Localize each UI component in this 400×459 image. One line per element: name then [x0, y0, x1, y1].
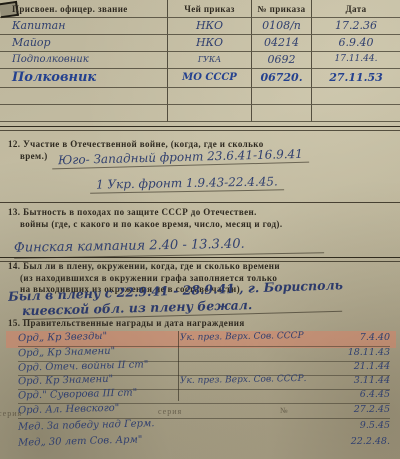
rank-row: Капитан НКО 0108/п 17.2.36	[0, 18, 400, 35]
award-name: Орд. Ал. Невского"	[18, 403, 120, 417]
rank-row: Майор НКО 04214 6.9.40	[0, 35, 400, 52]
rank-cell-rank: Майор	[0, 35, 168, 52]
rank-cell-order-by: ГУКА	[168, 52, 252, 69]
award-name: Мед. За победу над Герм.	[18, 418, 155, 433]
award-row: Орд. Ал. Невского" серия серия № 27.2.45	[8, 404, 394, 419]
rank-cell-order-by: НКО	[168, 35, 252, 52]
award-date: 6.4.45	[360, 389, 390, 400]
rank-row: Подполковник ГУКА 0692 17.11.44.	[0, 52, 400, 69]
award-date: 21.1.44	[354, 361, 390, 372]
rank-cell-order-no: 04214	[252, 35, 312, 52]
award-date: 18.11.43	[348, 347, 390, 358]
empty-cell	[0, 105, 168, 122]
section-14-text: Был ли в плену, окружении, когда, где и …	[23, 261, 280, 271]
section-15-text: Правительственные награды и дата награжд…	[23, 318, 245, 328]
rank-row: Полковник МО СССР 06720. 27.11.53	[0, 69, 400, 88]
rank-table: Присвоен. офицер. звание Чей приказ № пр…	[0, 0, 400, 122]
empty-cell	[252, 88, 312, 105]
award-row: Мед„ 30 лет Сов. Арм" 22.2.48.	[8, 436, 394, 451]
award-row: Орд„ Кр Знамени" 18.11.43	[8, 347, 394, 362]
section-15-number: 15.	[8, 318, 20, 328]
empty-cell	[0, 88, 168, 105]
rank-cell-order-no: 06720.	[252, 69, 312, 88]
section-13-number: 13.	[8, 207, 20, 217]
rank-cell-date: 17.11.44.	[312, 52, 400, 69]
number-label: №	[280, 406, 289, 415]
award-row: Орд. Отеч. войны II ст" 21.1.44	[8, 361, 394, 376]
empty-cell	[312, 88, 400, 105]
award-row: Мед. За победу над Герм. 9.5.45	[8, 420, 394, 435]
empty-cell	[168, 105, 252, 122]
section-13-text: Бытность в походах по защите СССР до Оте…	[23, 207, 257, 217]
award-name: Орд. Кр Знамени"	[18, 374, 113, 387]
award-name: Орд. Отеч. войны II ст"	[18, 359, 149, 373]
award-name: Орд„ Кр Знамени"	[18, 346, 115, 360]
section-12-text2: врем.)	[8, 151, 48, 161]
rank-cell-rank: Капитан	[0, 18, 168, 35]
rank-cell-order-by: НКО	[168, 18, 252, 35]
award-name: Орд„ Кр Звезды"	[18, 331, 107, 344]
empty-cell	[168, 88, 252, 105]
section-15-printed: 15. Правительственные награды и дата наг…	[8, 318, 392, 328]
award-row: Орд. Кр Знамени" Ук. през. Верх. Сов. СС…	[8, 375, 394, 390]
rank-table-header: Присвоен. офицер. звание Чей приказ № пр…	[0, 0, 400, 18]
col-header-order-no: № приказа	[252, 0, 312, 18]
section-13-printed: 13. Бытность в походах по защите СССР до…	[8, 206, 392, 230]
rank-cell-date: 17.2.36	[312, 18, 400, 35]
handwritten-entry: 1 Укр. фронт 1.9.43-22.4.45.	[90, 174, 284, 193]
rank-cell-date: 6.9.40	[312, 35, 400, 52]
award-date: 9.5.45	[360, 420, 390, 431]
section-13-text2: войны (где, с какого и по какое время, ч…	[8, 219, 282, 229]
award-decree: Ук. през. Верх. Сов. СССР	[180, 331, 304, 343]
col-header-order-by: Чей приказ	[168, 0, 252, 18]
rank-cell-order-no: 0108/п	[252, 18, 312, 35]
serial-label-edge: серия	[0, 409, 22, 418]
award-date: 27.2.45	[354, 404, 390, 415]
serial-label: серия	[158, 407, 182, 416]
award-name: Мед„ 30 лет Сов. Арм"	[18, 434, 143, 448]
rank-row-empty	[0, 105, 400, 122]
award-date: 3.11.44	[354, 375, 390, 386]
award-decree: Ук. през. Верх. Сов. СССР.	[180, 374, 307, 386]
rank-cell-order-by: МО СССР	[168, 69, 252, 88]
col-header-date: Дата	[312, 0, 400, 18]
rank-cell-date: 27.11.53	[312, 69, 400, 88]
rank-row-empty	[0, 88, 400, 105]
handwritten-entry: Финская кампания 2.40 - 13.3.40.	[14, 235, 324, 258]
award-name: Орд." Суворова III ст"	[18, 387, 138, 401]
scanned-document: Присвоен. офицер. звание Чей приказ № пр…	[0, 0, 400, 459]
award-row: Орд„ Кр Звезды" Ук. през. Верх. Сов. ССС…	[8, 332, 394, 347]
section-12-text: Участие в Отечественной войне, (когда, г…	[23, 139, 264, 149]
empty-cell	[252, 105, 312, 122]
section-divider	[0, 202, 400, 203]
section-12-number: 12.	[8, 139, 20, 149]
col-header-rank: Присвоен. офицер. звание	[0, 0, 168, 18]
row-rule	[18, 418, 390, 419]
rank-cell-rank: Полковник	[0, 69, 168, 88]
award-row: Орд." Суворова III ст" 6.4.45	[8, 389, 394, 404]
award-date: 7.4.40	[360, 332, 390, 343]
section-14-number: 14.	[8, 261, 20, 271]
empty-cell	[312, 105, 400, 122]
rank-cell-order-no: 0692	[252, 52, 312, 69]
section-divider	[0, 126, 400, 131]
award-date: 22.2.48.	[351, 436, 390, 447]
rank-cell-rank: Подполковник	[0, 52, 168, 69]
